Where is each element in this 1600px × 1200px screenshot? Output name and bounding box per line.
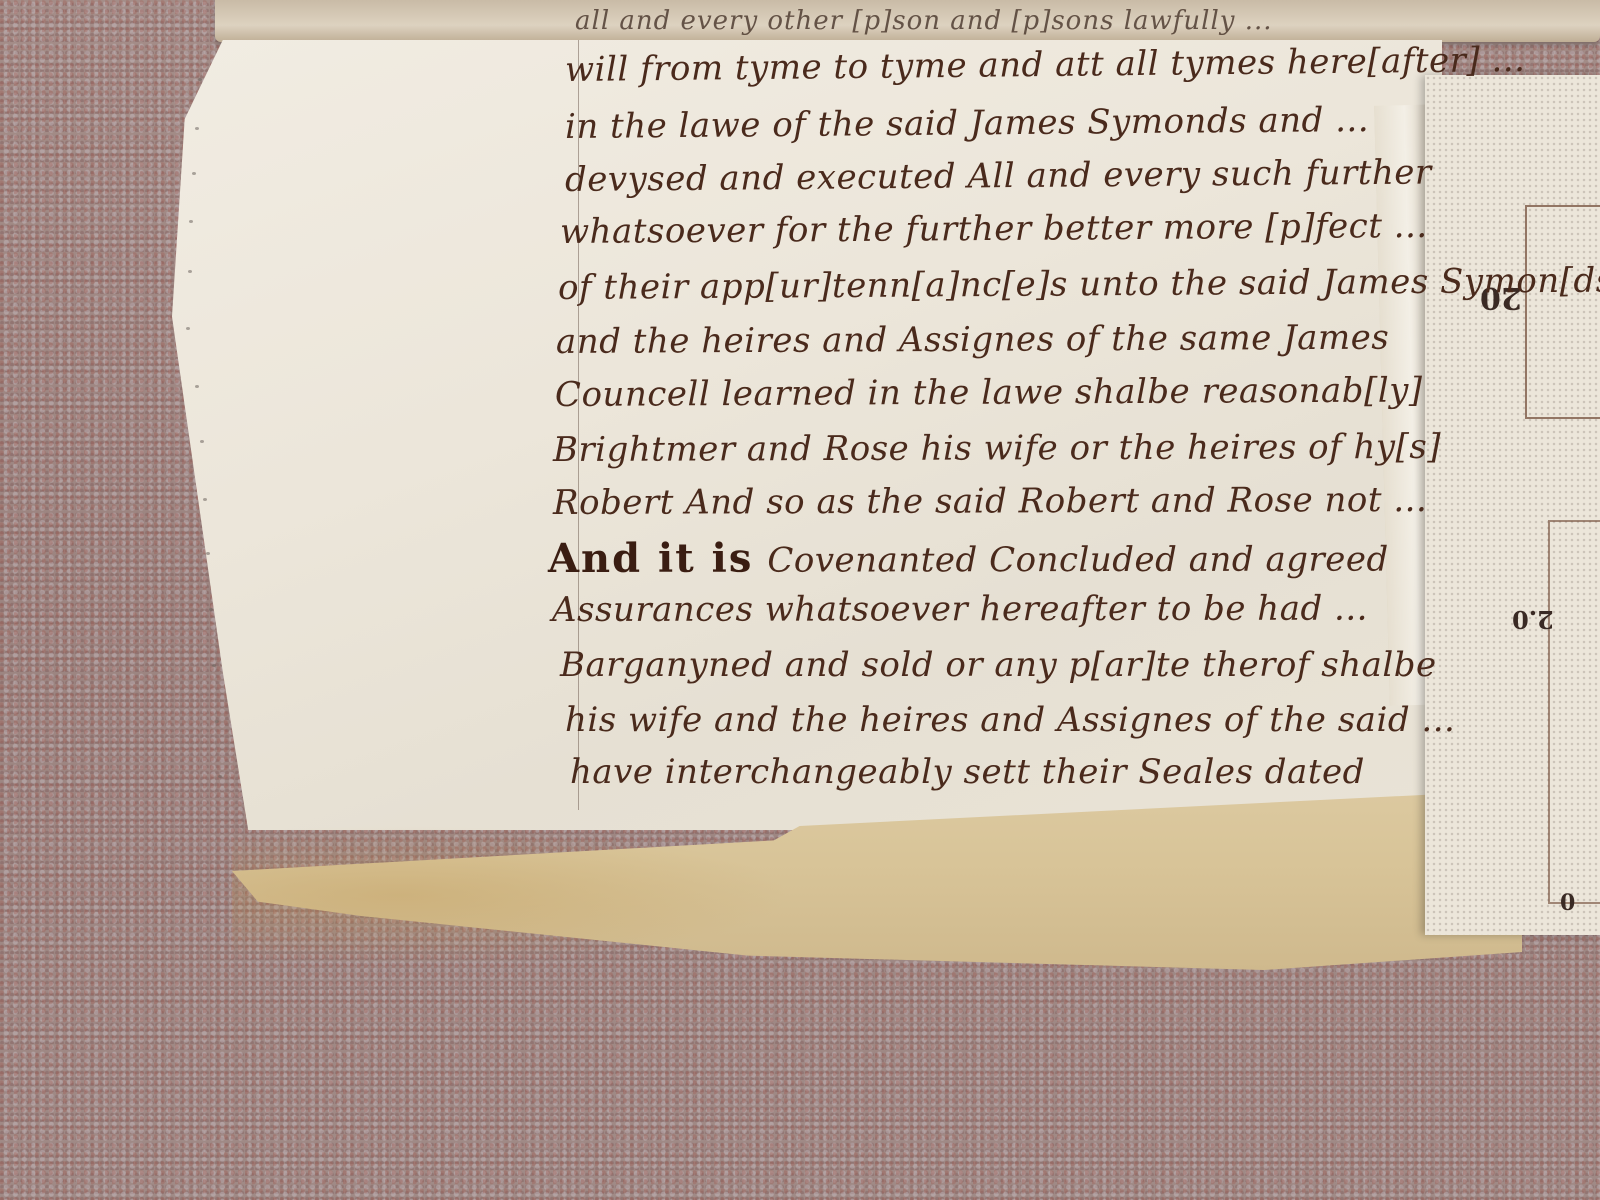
prick-hole xyxy=(212,664,216,667)
text-line: devysed and executed All and every such … xyxy=(565,152,1432,200)
panel-bracket xyxy=(1548,520,1600,904)
prick-hole xyxy=(218,775,222,778)
prick-hole xyxy=(195,127,199,130)
prick-hole xyxy=(209,608,213,611)
prick-hole xyxy=(203,498,207,501)
text-line: And it isCovenanted Concluded and agreed xyxy=(548,534,1389,582)
prick-hole xyxy=(198,78,202,81)
prick-hole xyxy=(189,220,193,223)
panel-mark: 2.0 xyxy=(1512,605,1554,634)
prick-hole xyxy=(215,720,219,723)
prick-hole xyxy=(200,440,204,443)
text-line: Barganyned and sold or any p[ar]te thero… xyxy=(560,645,1437,685)
text-line: Councell learned in the lawe shalbe reas… xyxy=(555,370,1423,415)
text-line: Brightmer and Rose his wife or the heire… xyxy=(553,427,1441,470)
panel-bracket xyxy=(1525,205,1600,419)
text-line: in the lawe of the said James Symonds an… xyxy=(565,100,1369,147)
emphasized-opening: And it is xyxy=(548,535,753,582)
flap-shading xyxy=(232,825,792,965)
prick-hole xyxy=(186,327,190,330)
text-line: whatsoever for the further better more [… xyxy=(560,206,1428,252)
text-line: of their app[ur]tenn[a]nc[e]s unto the s… xyxy=(558,261,1600,308)
top-fold-text: all and every other [p]son and [p]sons l… xyxy=(575,6,1273,36)
prick-hole xyxy=(188,270,192,273)
prick-hole xyxy=(192,172,196,175)
margin-rule xyxy=(578,40,579,810)
text-line: his wife and the heires and Assignes of … xyxy=(565,700,1455,740)
text-line: Assurances whatsoever hereafter to be ha… xyxy=(552,589,1368,630)
text-line-content: Covenanted Concluded and agreed xyxy=(767,540,1389,581)
prick-hole xyxy=(206,552,210,555)
prick-hole xyxy=(195,385,199,388)
top-fold: all and every other [p]son and [p]sons l… xyxy=(215,0,1600,42)
text-line: have interchangeably sett their Seales d… xyxy=(570,752,1365,792)
text-line: and the heires and Assignes of the same … xyxy=(556,318,1390,362)
text-line: Robert And so as the said Robert and Ros… xyxy=(553,480,1427,523)
panel-mark: 0 xyxy=(1560,890,1575,916)
